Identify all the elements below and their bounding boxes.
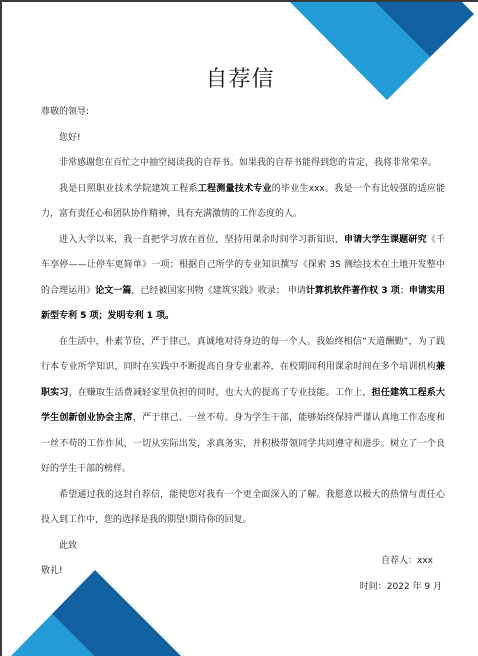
salutation: 尊敬的领导: xyxy=(41,100,445,126)
paragraph: 我是日照职业技术学院建筑工程系工程测量技术专业的毕业生xxx。我是一个有比较强的… xyxy=(41,177,445,228)
text-segment: 在生活中，朴素节俭，严于律己，真诚地对待身边的每一个人。我始终相信“天道酬勤”，… xyxy=(41,337,445,373)
signature: 自荐人：xxx xyxy=(360,548,433,574)
bold-text: 计算机软件著作权 3 项 xyxy=(306,286,400,296)
bold-text: 论文一篇 xyxy=(95,286,131,296)
text-segment: 进入大学以来，我一直把学习放在首位，坚持用课余时间学习新知识， xyxy=(59,235,344,245)
text-segment: ； xyxy=(400,286,409,296)
paragraph: 进入大学以来，我一直把学习放在首位，坚持用课余时间学习新知识，申请大学生课题研究… xyxy=(41,228,445,330)
text-segment: ，已经被国家刊物《建筑实践》收录； 申请 xyxy=(131,286,306,296)
letter-body: 尊敬的领导: 您好! 非常感谢您在百忙之中抽空阅读我的自荐书。如果我的自荐书能得… xyxy=(41,100,445,585)
paragraph: 在生活中，朴素节俭，严于律己，真诚地对待身边的每一个人。我始终相信“天道酬勤”，… xyxy=(41,330,445,483)
paragraph: 希望通过我的这封自荐信，能使您对我有一个更全面深入的了解。我愿意以极大的热情与责… xyxy=(41,483,445,534)
date: 时间：2022 年 9 月 xyxy=(360,574,442,600)
text-segment: 希望通过我的这封自荐信，能使您对我有一个更全面深入的了解。我愿意以极大的热情与责… xyxy=(41,490,445,526)
text-segment: 我是日照职业技术学院建筑工程系 xyxy=(59,184,198,194)
letter-page: 自荐信 尊敬的领导: 您好! 非常感谢您在百忙之中抽空阅读我的自荐书。如果我的自… xyxy=(2,2,478,656)
top-right-dark-triangle xyxy=(373,2,474,57)
paragraph: 非常感谢您在百忙之中抽空阅读我的自荐书。如果我的自荐书能得到您的肯定，我将非常荣… xyxy=(41,151,445,177)
bottom-left-light-triangle xyxy=(10,614,95,656)
text-segment: 非常感谢您在百忙之中抽空阅读我的自荐书。如果我的自荐书能得到您的肯定，我将非常荣… xyxy=(59,158,437,168)
signature-block: 自荐人：xxx 时间：2022 年 9 月 xyxy=(360,548,442,600)
bold-text: 申请大学生课题研究 xyxy=(344,235,427,245)
greeting: 您好! xyxy=(41,126,445,152)
page-title: 自荐信 xyxy=(2,62,478,93)
bold-text: 工程测量技术专业 xyxy=(198,184,272,194)
text-segment: ，在赚取生活费减轻家里负担的同时，也大大的提高了专业技能。工作上， xyxy=(69,388,372,398)
